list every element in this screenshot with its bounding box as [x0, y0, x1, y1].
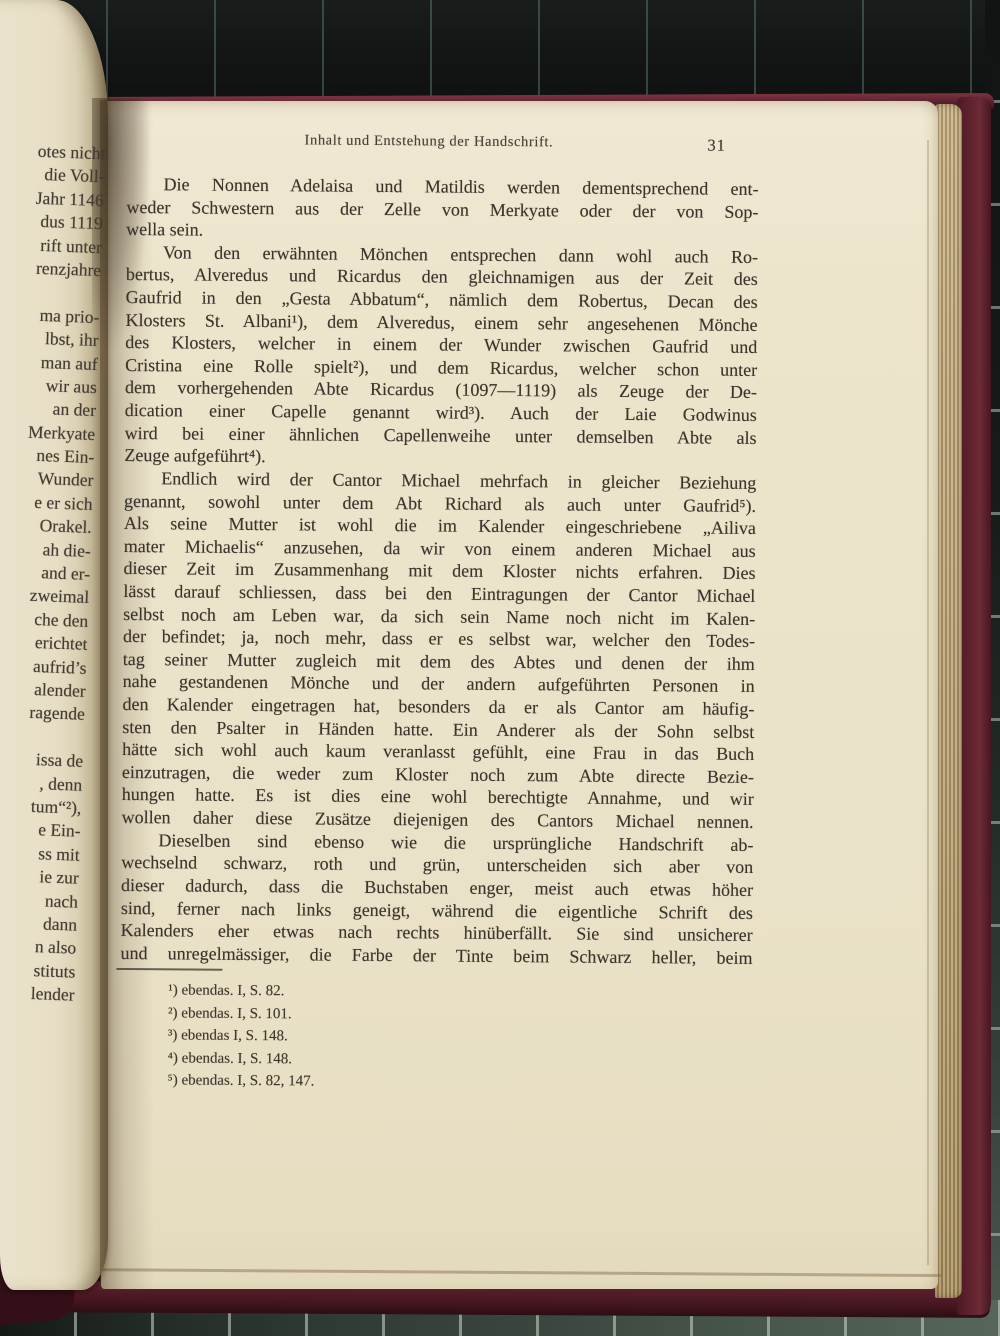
book-cover-right-edge: [957, 97, 991, 1315]
facing-text-line: e er sich: [0, 489, 93, 516]
facing-text-line: wir aus: [0, 372, 97, 399]
facing-text-line: and er-: [0, 559, 90, 586]
facing-text-line: che den: [0, 606, 89, 633]
facing-text-line: Wunder: [0, 466, 94, 493]
footnotes: ¹) ebendas. I, S. 82.²) ebendas. I, S. 1…: [167, 980, 752, 1097]
facing-text-line: tum“²),: [0, 793, 82, 820]
facing-text-line: lbst, ihr: [0, 325, 99, 352]
facing-text-line: stituts: [0, 956, 76, 983]
facing-text-line: alender: [0, 676, 86, 703]
facing-text-line: lender: [0, 980, 75, 1007]
running-header: Inhalt und Entstehung der Handschrift. 3…: [127, 131, 759, 158]
body-line: und unregelmässiger, die Farbe der Tinte…: [120, 942, 752, 970]
body-line: weder Schwestern aus der Zelle von Merky…: [126, 196, 758, 224]
facing-text-line: dann: [0, 910, 78, 937]
facing-text-line: Merkyate: [0, 419, 96, 446]
facing-text-line: nes Ein-: [0, 442, 95, 469]
page-number: 31: [707, 136, 726, 156]
page-stack-edge: [935, 104, 962, 1298]
running-title: Inhalt und Entstehung der Handschrift.: [305, 132, 554, 151]
book-photo-scene: otes nichtdie Voll-Jahr 1146dus 1119rift…: [0, 0, 1000, 1336]
facing-text-line: ss mit: [0, 840, 80, 867]
facing-text-line: e Ein-: [0, 816, 81, 843]
printed-page: Inhalt und Entstehung der Handschrift. 3…: [119, 131, 759, 1096]
under-page-edge-line-right: [927, 140, 929, 1265]
floor-tiles-top: [0, 0, 1000, 104]
facing-text-line: ie zur: [0, 863, 79, 890]
body-text: Die Nonnen Adelaisa und Matildis werden …: [120, 173, 758, 969]
facing-text-line: , denn: [0, 769, 83, 796]
facing-text-line: an der: [0, 395, 96, 422]
facing-text-line: zweimal: [0, 582, 90, 609]
facing-text-line: n also: [0, 933, 77, 960]
facing-text-line: aufrid’s: [0, 653, 87, 680]
facing-text-line: ah die-: [0, 536, 91, 563]
footnote-line: ⁵) ebendas. I, S. 82, 147.: [167, 1069, 751, 1096]
facing-text-line: [0, 723, 84, 750]
facing-text-line: man auf: [0, 349, 98, 376]
facing-text-line: ma prio-: [0, 302, 100, 329]
facing-text-line: Orakel.: [0, 512, 92, 539]
facing-text-line: issa de: [0, 746, 84, 773]
facing-text-line: erichtet: [0, 629, 88, 656]
facing-text-line: nach: [0, 886, 78, 913]
facing-text-line: ragende: [0, 699, 85, 726]
